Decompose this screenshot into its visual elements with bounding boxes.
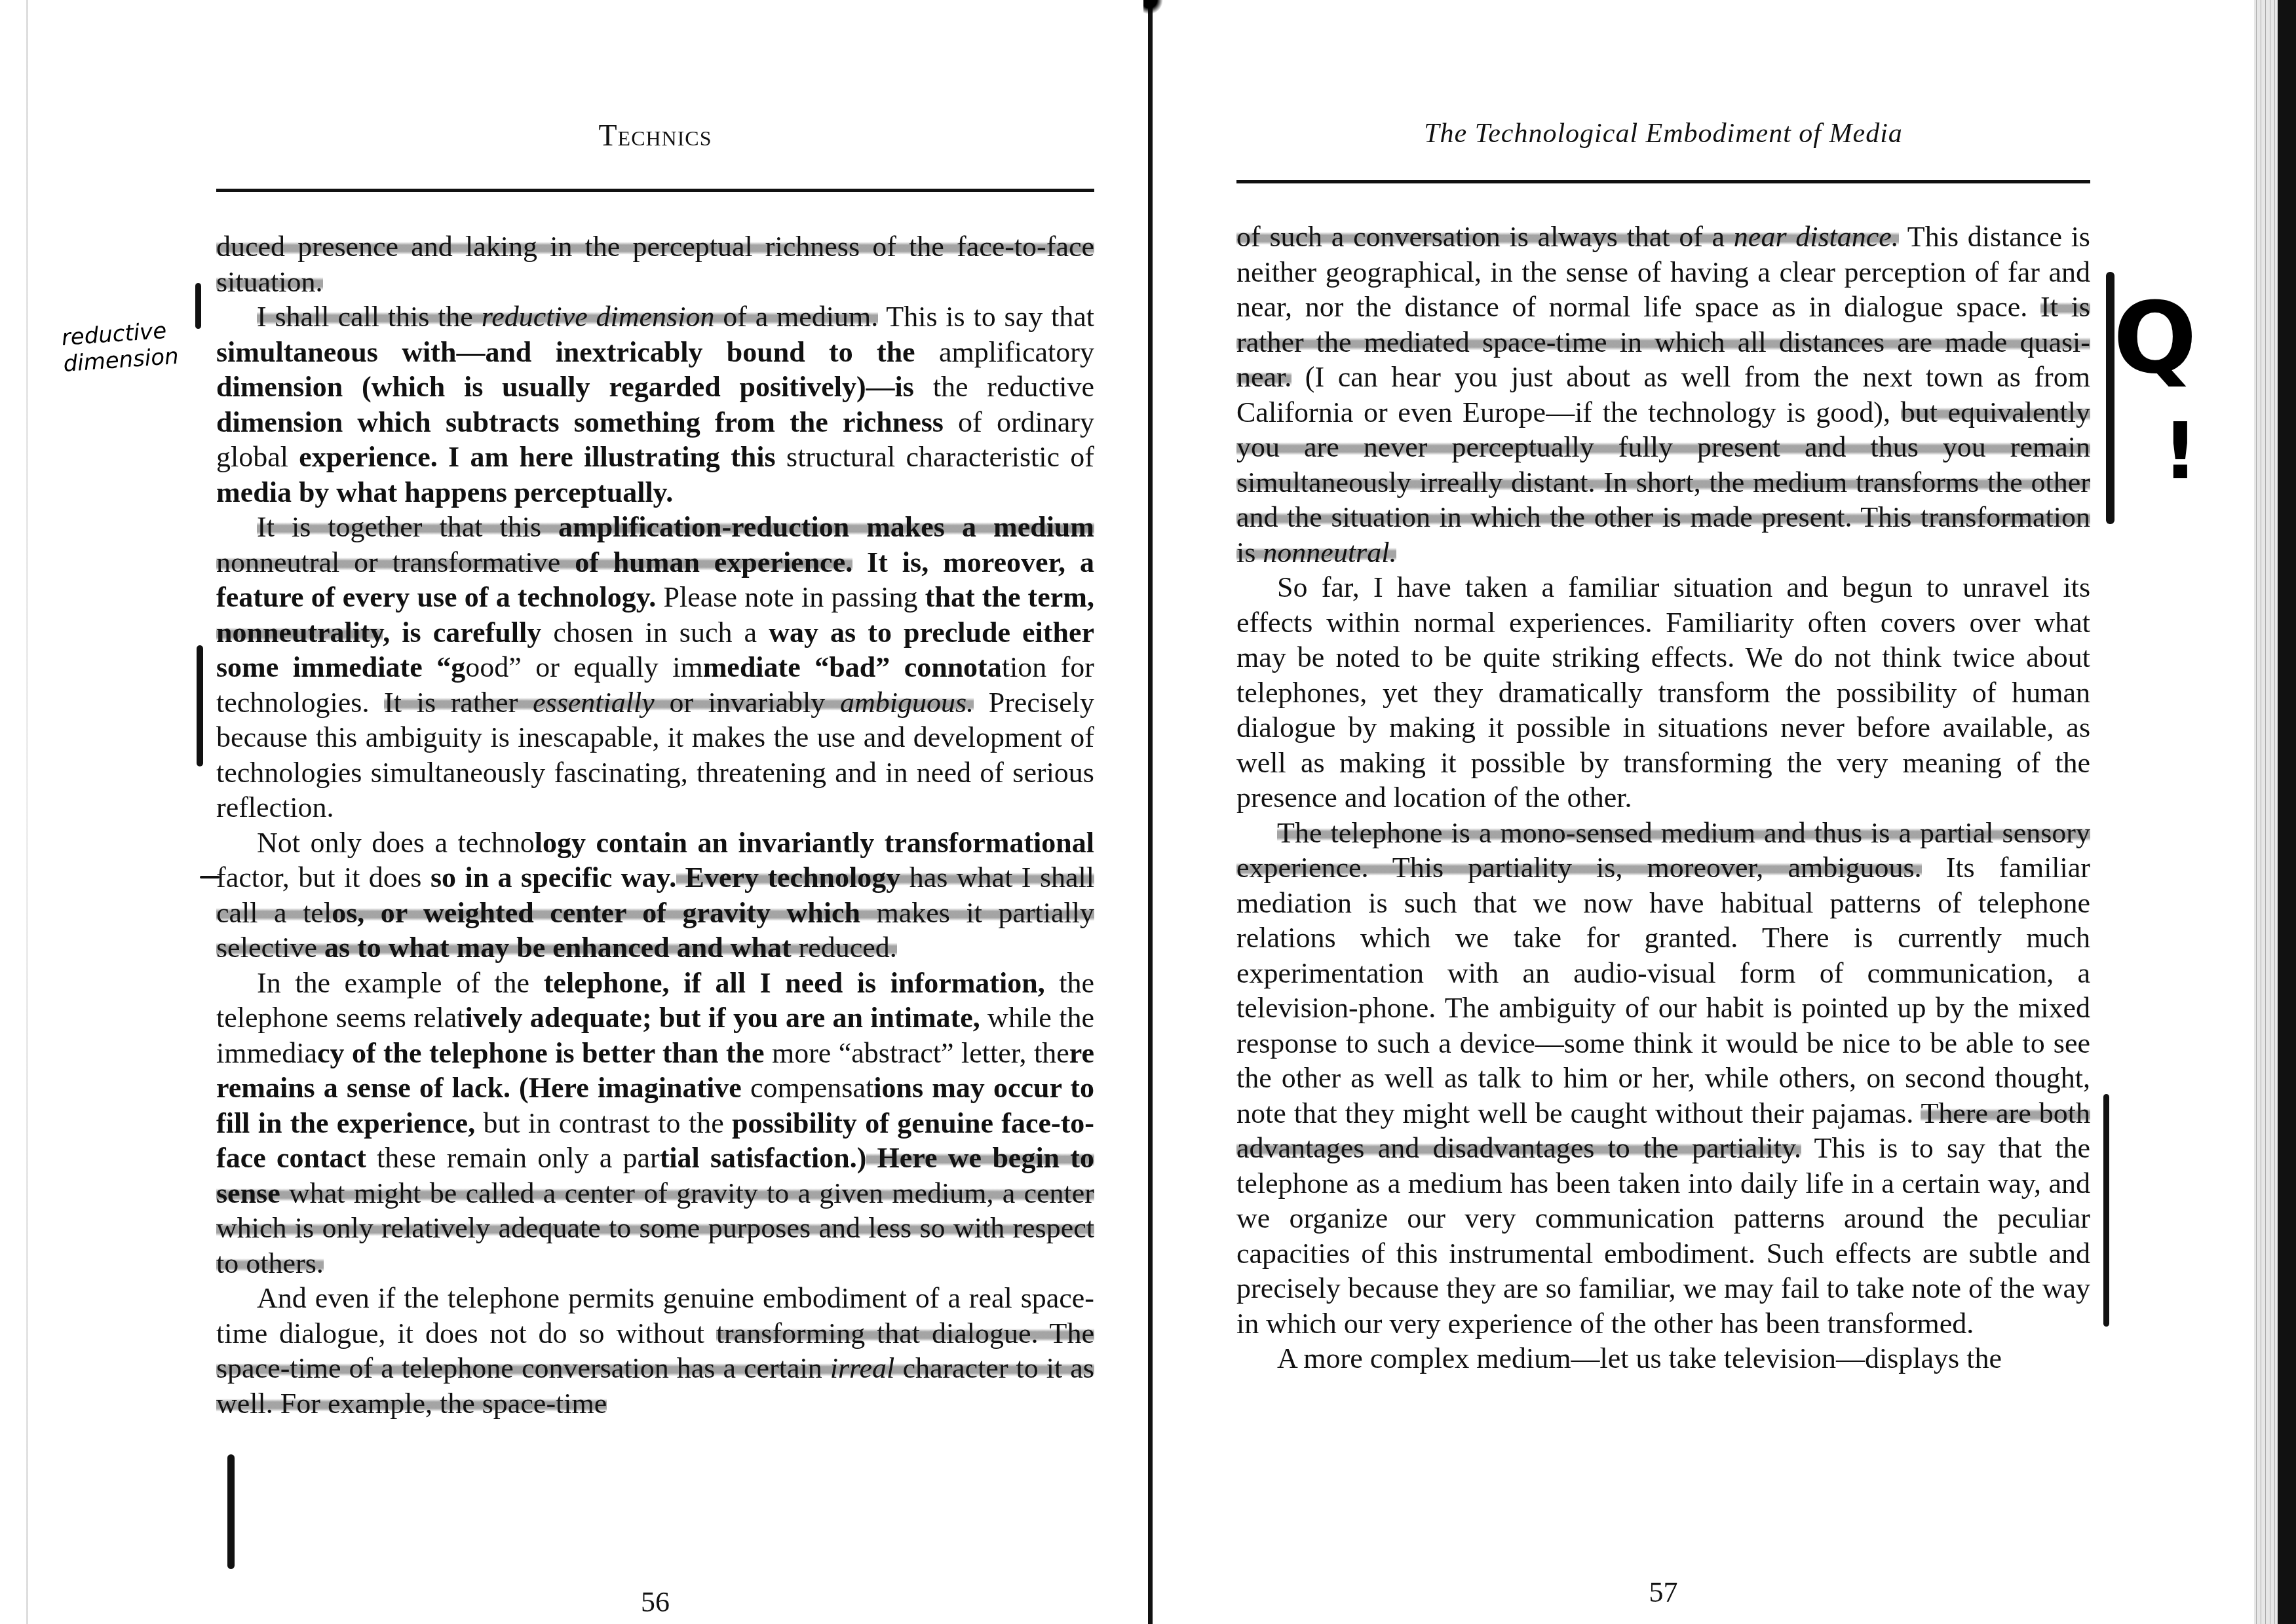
- highlighted-text: of a medium.: [714, 301, 878, 333]
- left-page-body: duced presence and laking in the percept…: [216, 229, 1094, 1421]
- page-number-right: 57: [1236, 1576, 2090, 1609]
- body-paragraph: It is together that this amplification-r…: [216, 510, 1094, 825]
- highlighted-text: nonneutral or transformative: [216, 546, 575, 578]
- margin-mark-exclamation: !: [2162, 406, 2198, 497]
- highlighted-text: near distance.: [1734, 221, 1899, 253]
- bold-marked-text: so in a specific way.: [430, 861, 676, 894]
- body-text: structural characteristic of: [776, 441, 1094, 473]
- page-number-left: 56: [216, 1585, 1094, 1619]
- bold-marked-text: dimension (which is usually regarded pos…: [216, 371, 914, 403]
- body-text: Its familiar mediation is such that we n…: [1236, 852, 2090, 1129]
- highlighted-text: nonneutral.: [1263, 537, 1396, 569]
- highlighted-text: It is together that this: [257, 511, 558, 543]
- highlighted-text: nonneutrality: [216, 616, 383, 649]
- body-text: So far, I have taken a familiar situatio…: [1236, 571, 2090, 814]
- bold-marked-text: media by what happens perceptually.: [216, 476, 673, 508]
- book-spine-gutter: [1148, 0, 1153, 1624]
- header-rule-right: [1236, 180, 2090, 183]
- bold-marked-text: mediate “bad” connota: [703, 651, 1002, 683]
- highlighted-text: duced presence and laking in the percept…: [216, 231, 1094, 298]
- highlighted-text: of such a conversation is always that of…: [1236, 221, 1734, 253]
- running-head-right: The Technological Embodiment of Media: [1236, 118, 2090, 149]
- body-paragraph: In the example of the telephone, if all …: [216, 966, 1094, 1281]
- running-head-left: Technics: [216, 118, 1094, 153]
- right-page-body: of such a conversation is always that of…: [1236, 219, 2090, 1376]
- highlighted-text: Every technology: [676, 861, 900, 894]
- header-rule-left: [216, 189, 1094, 192]
- bold-marked-text: logy contain an invariantly transformati…: [535, 827, 1094, 859]
- body-text: the reductive: [914, 371, 1094, 403]
- body-paragraph: I shall call this the reductive dimensio…: [216, 299, 1094, 510]
- highlighted-text: reductive dimension: [482, 301, 715, 333]
- body-paragraph: A more complex medium—let us take televi…: [1236, 1341, 2090, 1376]
- highlighted-text: os, or weighted center of gravity which: [332, 897, 860, 929]
- body-paragraph: The telephone is a mono-sensed medium an…: [1236, 816, 2090, 1342]
- spine-shadow: [1143, 0, 1163, 14]
- highlighted-text: as to what may be enhanced and what: [324, 932, 792, 964]
- body-text: Please note in passing: [656, 581, 925, 613]
- bold-marked-text: tial satisfaction.): [660, 1142, 867, 1174]
- highlighted-text: what might be called a center of gravity…: [216, 1177, 1094, 1279]
- bold-marked-text: , is carefully: [383, 616, 541, 649]
- body-text: compensat: [742, 1072, 873, 1104]
- body-text: these remain only a par: [366, 1142, 660, 1174]
- highlighted-text: reduced.: [792, 932, 897, 964]
- body-text: more “abstract” letter, the: [765, 1037, 1069, 1069]
- body-text: This is to say that: [878, 301, 1094, 333]
- bold-marked-text: simultaneous with—and inextricably bound…: [216, 336, 915, 368]
- left-page: Technics duced presence and laking in th…: [216, 0, 1094, 1624]
- right-page-edges: [2254, 0, 2278, 1624]
- body-text: Not only does a techno: [257, 827, 535, 859]
- margin-tick-mark: [200, 876, 220, 878]
- margin-bracket-mark: [2103, 1094, 2109, 1327]
- body-paragraph: So far, I have taken a familiar situatio…: [1236, 570, 2090, 816]
- margin-bracket-mark: [227, 1454, 235, 1569]
- bold-marked-text: that the term,: [925, 581, 1094, 613]
- body-paragraph: Not only does a technology contain an in…: [216, 825, 1094, 966]
- highlighted-text: amplification-reduction makes a medium: [558, 511, 1094, 543]
- highlighted-text: essentially: [533, 687, 655, 719]
- margin-note-reductive-dimension: reductive dimension: [60, 314, 214, 377]
- body-text: A more complex medium—let us take televi…: [1277, 1342, 2002, 1374]
- right-page: The Technological Embodiment of Media of…: [1236, 0, 2090, 1624]
- bold-marked-text: ively adequate; but if you are an intima…: [465, 1002, 980, 1034]
- highlighted-text: It is rather: [384, 687, 533, 719]
- highlighted-text: ambiguous.: [840, 687, 974, 719]
- bold-marked-text: dimension which subtracts something from…: [216, 406, 944, 438]
- highlighted-text: of human experience.: [575, 546, 852, 578]
- body-paragraph: duced presence and laking in the percept…: [216, 229, 1094, 299]
- body-text: factor, but it does: [216, 861, 430, 894]
- bold-marked-text: telephone, if all I need is information,: [544, 967, 1045, 999]
- body-text: In the example of the: [257, 967, 544, 999]
- highlighted-text: irreal: [830, 1352, 895, 1384]
- highlighted-text: I shall call this the: [257, 301, 482, 333]
- highlighted-text: or invariably: [655, 687, 840, 719]
- bold-marked-text: cy of the telephone is better than the: [317, 1037, 765, 1069]
- body-paragraph: And even if the telephone permits genuin…: [216, 1281, 1094, 1421]
- body-text: chosen in such a: [541, 616, 769, 649]
- margin-note-text: reductive dimension: [60, 318, 179, 377]
- body-text: ood” or equally im: [465, 651, 703, 683]
- bold-marked-text: experience. I am here illustrating this: [299, 441, 775, 473]
- body-text: but in contrast to the: [475, 1107, 732, 1139]
- body-paragraph: of such a conversation is always that of…: [1236, 219, 2090, 570]
- body-text: amplificatory: [915, 336, 1094, 368]
- margin-mark-q: Q: [2113, 282, 2197, 396]
- margin-bracket-mark: [197, 645, 203, 766]
- left-page-edge: [26, 0, 28, 1624]
